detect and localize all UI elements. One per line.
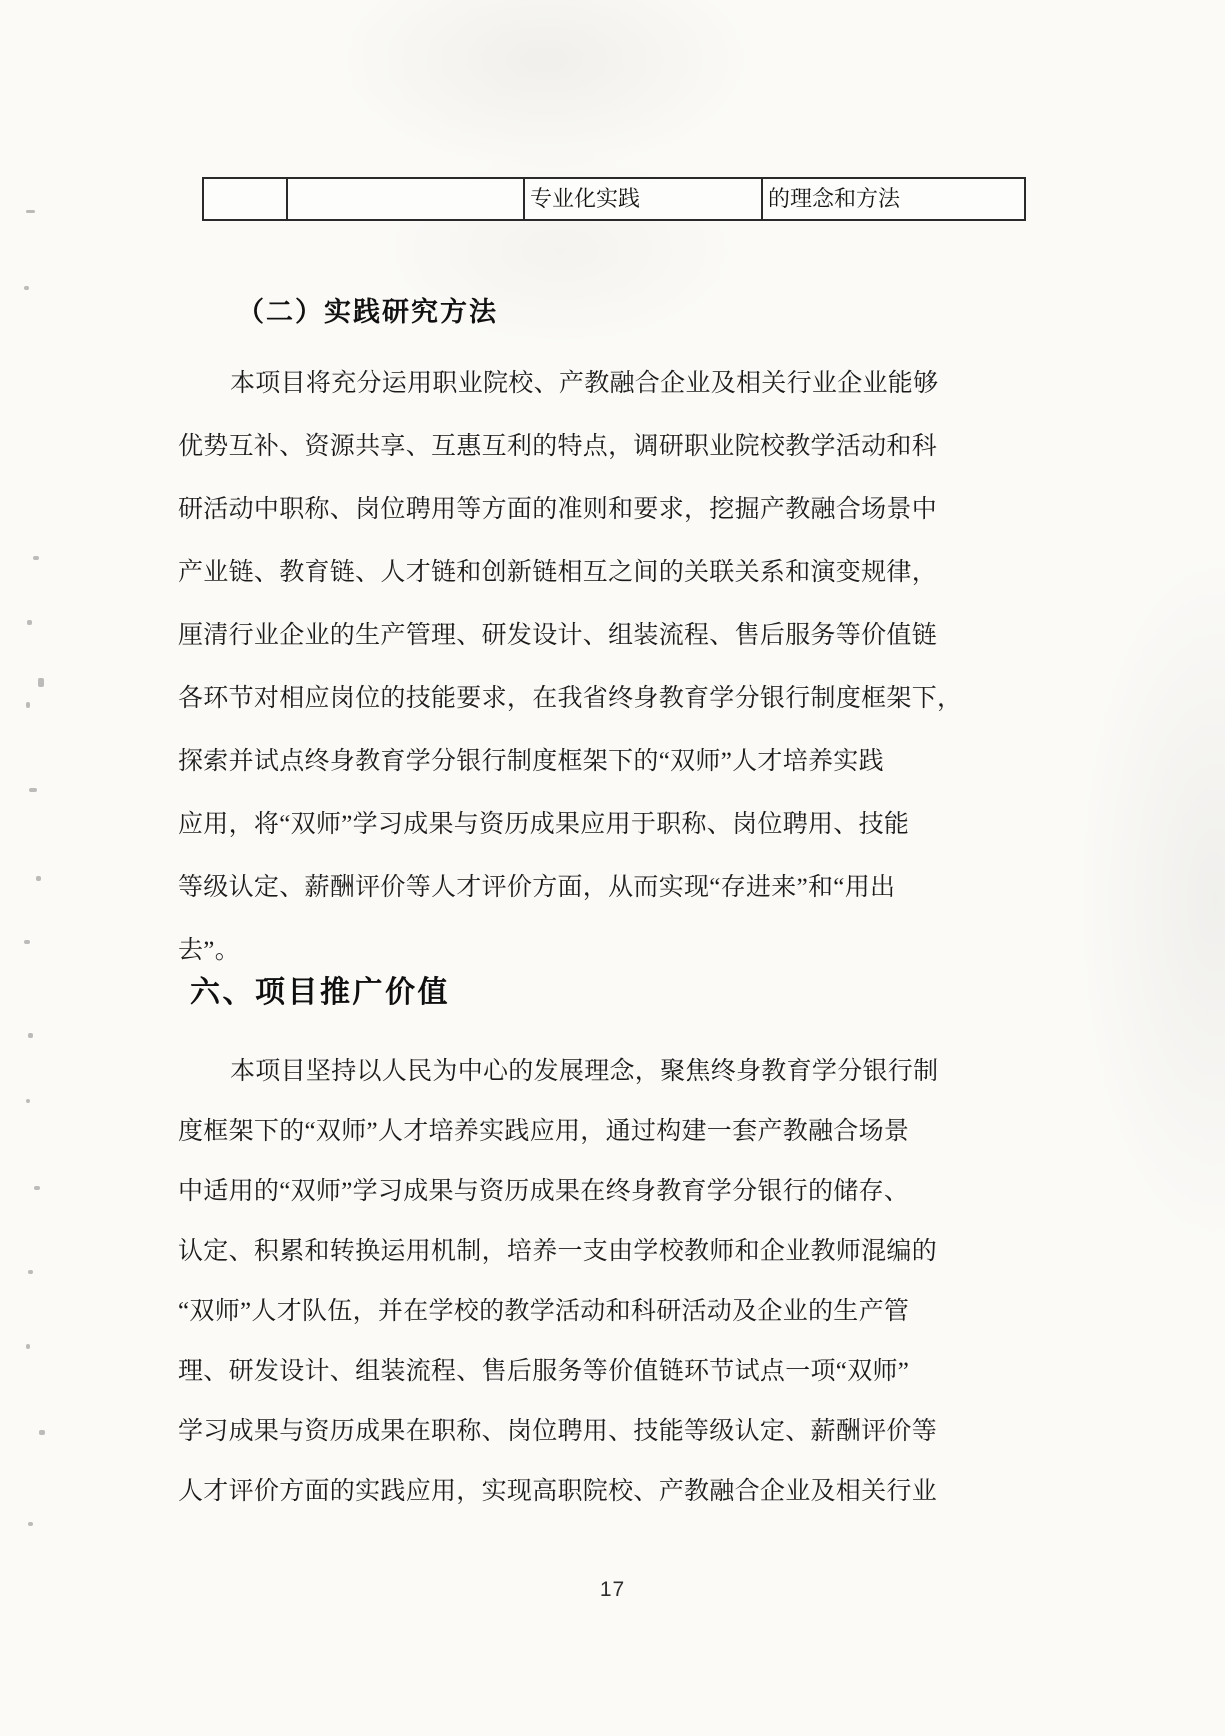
- text-line: 各环节对相应岗位的技能要求，在我省终身教育学分银行制度框架下，: [178, 667, 950, 730]
- scan-speck: [26, 210, 35, 213]
- text-line: 产业链、教育链、人才链和创新链相互之间的关联关系和演变规律，: [178, 541, 950, 604]
- table-cell: [286, 179, 523, 219]
- text-line: 等级认定、薪酬评价等人才评价方面，从而实现“存进来”和“用出: [178, 856, 950, 919]
- scan-speck: [28, 1522, 33, 1526]
- scan-speck: [28, 1270, 33, 1274]
- text-line: “双师”人才队伍，并在学校的教学活动和科研活动及企业的生产管: [178, 1282, 950, 1342]
- scan-speck: [28, 1033, 33, 1038]
- text-line: 探索并试点终身教育学分银行制度框架下的“双师”人才培养实践: [178, 730, 950, 793]
- scan-speck: [26, 702, 30, 708]
- section-heading-practice-research-methods: （二）实践研究方法: [237, 293, 498, 331]
- text-line: 应用，将“双师”学习成果与资历成果应用于职称、岗位聘用、技能: [178, 793, 950, 856]
- text-line: 优势互补、资源共享、互惠互利的特点，调研职业院校教学活动和科: [178, 415, 950, 478]
- scan-speck: [27, 620, 32, 625]
- table-cell: 专业化实践: [523, 179, 761, 219]
- scan-speck: [33, 556, 39, 560]
- document-page: 专业化实践 的理念和方法 （二）实践研究方法 本项目将充分运用职业院校、产教融合…: [0, 0, 1225, 1736]
- text-line: 人才评价方面的实践应用，实现高职院校、产教融合企业及相关行业: [178, 1462, 950, 1522]
- paragraph-practice-research-methods: 本项目将充分运用职业院校、产教融合企业及相关行业企业能够优势互补、资源共享、互惠…: [178, 352, 950, 982]
- scan-speck: [26, 1344, 30, 1349]
- table-cell: 的理念和方法: [761, 179, 1024, 219]
- paragraph-project-promotion-value: 本项目坚持以人民为中心的发展理念，聚焦终身教育学分银行制度框架下的“双师”人才培…: [178, 1042, 950, 1522]
- scan-speck: [29, 788, 37, 792]
- scan-speck: [36, 876, 41, 881]
- scan-speck: [26, 1099, 30, 1103]
- table-fragment: 专业化实践 的理念和方法: [202, 177, 1026, 221]
- page-number: 17: [0, 1578, 1225, 1602]
- table-cell: [204, 179, 286, 219]
- text-line: 本项目将充分运用职业院校、产教融合企业及相关行业企业能够: [178, 352, 950, 415]
- text-line: 厘清行业企业的生产管理、研发设计、组装流程、售后服务等价值链: [178, 604, 950, 667]
- text-line: 学习成果与资历成果在职称、岗位聘用、技能等级认定、薪酬评价等: [178, 1402, 950, 1462]
- text-line: 本项目坚持以人民为中心的发展理念，聚焦终身教育学分银行制: [178, 1042, 950, 1102]
- scan-speck: [34, 1186, 40, 1190]
- scan-speck: [24, 286, 29, 290]
- text-line: 研活动中职称、岗位聘用等方面的准则和要求，挖掘产教融合场景中: [178, 478, 950, 541]
- text-line: 度框架下的“双师”人才培养实践应用，通过构建一套产教融合场景: [178, 1102, 950, 1162]
- scan-speck: [39, 1430, 45, 1435]
- scan-speck: [24, 940, 30, 944]
- section-heading-project-promotion-value: 六、项目推广价值: [190, 972, 450, 1014]
- text-line: 认定、积累和转换运用机制，培养一支由学校教师和企业教师混编的: [178, 1222, 950, 1282]
- text-line: 中适用的“双师”学习成果与资历成果在终身教育学分银行的储存、: [178, 1162, 950, 1222]
- text-line: 理、研发设计、组装流程、售后服务等价值链环节试点一项“双师”: [178, 1342, 950, 1402]
- scan-speck: [38, 678, 44, 687]
